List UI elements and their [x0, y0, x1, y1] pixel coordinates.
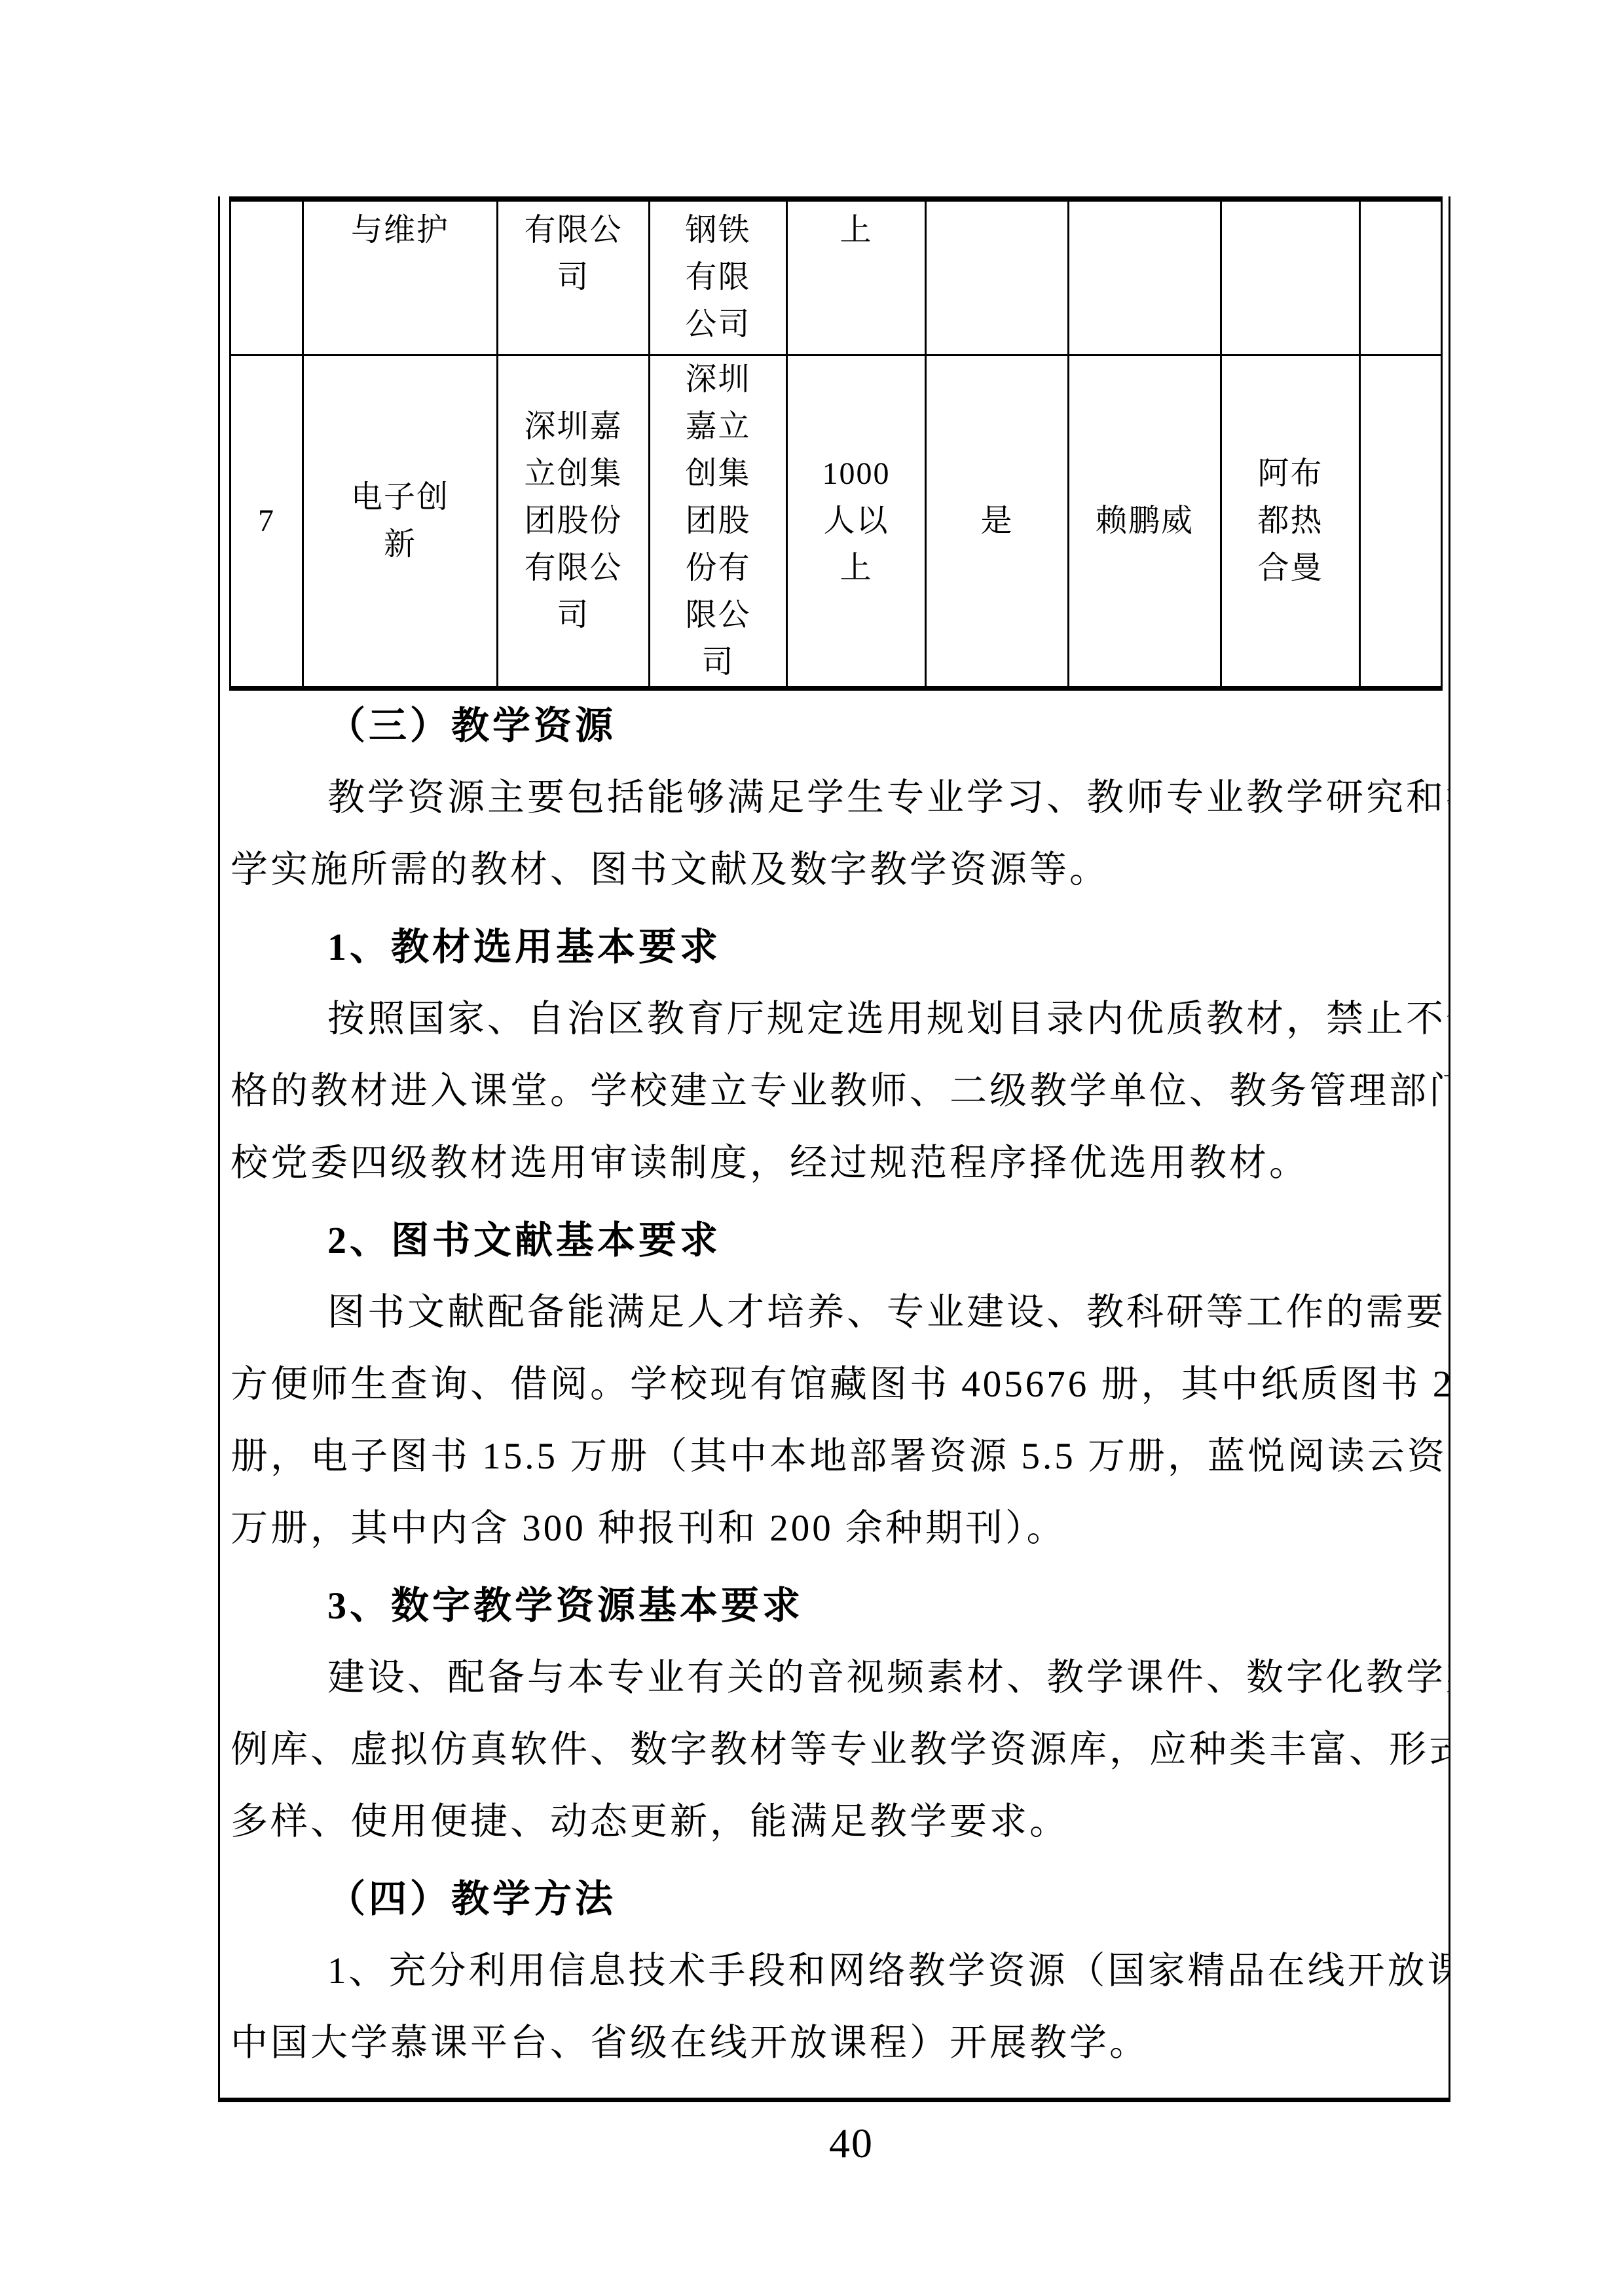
- text-line: 中国大学慕课平台、省级在线开放课程）开展教学。: [231, 2007, 1438, 2079]
- section-heading-textbook-selection: 1、教材选用基本要求: [231, 906, 1438, 983]
- table-cell-rownum: 7: [231, 355, 303, 689]
- text-line: 格的教材进入课堂。学校建立专业教师、二级教学单位、教务管理部门、: [231, 1055, 1438, 1127]
- text-line: 方便师生查询、借阅。学校现有馆藏图书 405676 册，其中纸质图书 25067…: [231, 1349, 1438, 1421]
- document-page: { "page": { "number": "40" }, "table": {…: [0, 0, 1624, 2296]
- section-heading-teaching-resources: （三）教学资源: [231, 685, 1438, 762]
- text-line: 建设、配备与本专业有关的音视频素材、教学课件、数字化教学案: [231, 1642, 1438, 1714]
- table-cell-extra: [1360, 199, 1442, 355]
- table-cell-rownum: [231, 199, 303, 355]
- text-line: 册，电子图书 15.5 万册（其中本地部署资源 5.5 万册，蓝悦阅读云资源 1…: [231, 1421, 1438, 1493]
- table-row-7: 7 电子创 新 深圳嘉 立创集 团股份 有限公 司 深圳 嘉立 创集 团股 份有…: [231, 355, 1442, 689]
- text-line: 图书文献配备能满足人才培养、专业建设、教科研等工作的需要，: [231, 1277, 1438, 1349]
- text-line: 多样、使用便捷、动态更新，能满足教学要求。: [231, 1786, 1438, 1858]
- table-cell-flag: 是: [926, 355, 1069, 689]
- table-cell-person1: 赖鹏威: [1069, 355, 1221, 689]
- text-line: 教学资源主要包括能够满足学生专业学习、教师专业教学研究和教: [231, 762, 1438, 834]
- text-line: 例库、虚拟仿真软件、数字教材等专业教学资源库，应种类丰富、形式: [231, 1714, 1438, 1786]
- partner-enterprises-table: 与维护 有限公 司 钢铁 有限 公司 上 7 电子创 新 深圳嘉 立创集 团股份…: [229, 196, 1441, 681]
- text-line: 按照国家、自治区教育厅规定选用规划目录内优质教材，禁止不合: [231, 983, 1438, 1055]
- text-line: 校党委四级教材选用审读制度，经过规范程序择优选用教材。: [231, 1127, 1438, 1199]
- table-cell-project: 与维护: [303, 199, 498, 355]
- table-cell-person2: 阿布 都热 合曼: [1221, 355, 1360, 689]
- table-cell-company2: 钢铁 有限 公司: [650, 199, 787, 355]
- body-text: （三）教学资源 教学资源主要包括能够满足学生专业学习、教师专业教学研究和教 学实…: [220, 681, 1449, 2098]
- page-number: 40: [829, 2123, 874, 2164]
- table-cell-company: 有限公 司: [498, 199, 650, 355]
- table-cell-person1: [1069, 199, 1221, 355]
- table-cell-flag: [926, 199, 1069, 355]
- section-heading-digital-resources: 3、数字教学资源基本要求: [231, 1565, 1438, 1642]
- table-cell-company2: 深圳 嘉立 创集 团股 份有 限公 司: [650, 355, 787, 689]
- text-line: 1、充分利用信息技术手段和网络教学资源（国家精品在线开放课程、: [231, 1935, 1438, 2007]
- content-box: 与维护 有限公 司 钢铁 有限 公司 上 7 电子创 新 深圳嘉 立创集 团股份…: [218, 196, 1450, 2102]
- table-cell-company: 深圳嘉 立创集 团股份 有限公 司: [498, 355, 650, 689]
- table-row-continuation: 与维护 有限公 司 钢铁 有限 公司 上: [231, 199, 1442, 355]
- table-cell-scale: 上: [787, 199, 926, 355]
- text-line: 学实施所需的教材、图书文献及数字教学资源等。: [231, 834, 1438, 906]
- table-cell-project: 电子创 新: [303, 355, 498, 689]
- section-heading-library-literature: 2、图书文献基本要求: [231, 1199, 1438, 1277]
- table-cell-extra: [1360, 355, 1442, 689]
- table-cell-person2: [1221, 199, 1360, 355]
- table-cell-scale: 1000 人以 上: [787, 355, 926, 689]
- text-line: 万册，其中内含 300 种报刊和 200 余种期刊）。: [231, 1493, 1438, 1565]
- section-heading-teaching-methods: （四）教学方法: [231, 1858, 1438, 1935]
